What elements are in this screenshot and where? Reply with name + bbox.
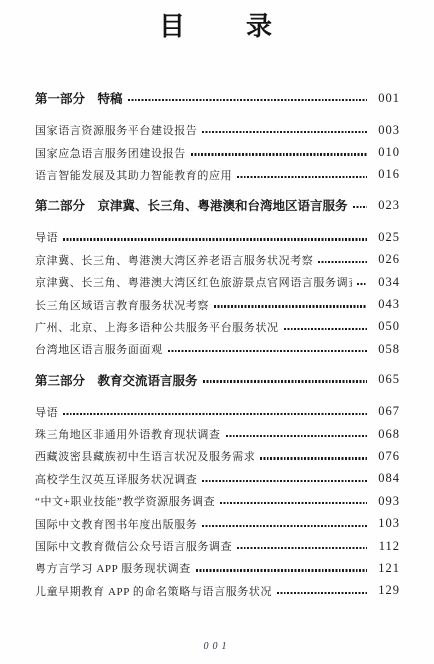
toc-entry-row[interactable]: 国际中文教育微信公众号语言服务调查 112 — [35, 535, 400, 557]
entry-page-number: 103 — [375, 516, 400, 531]
entry-page-number: 050 — [375, 319, 400, 334]
toc-entry-row[interactable]: 导语 067 — [35, 401, 400, 423]
entry-title: 长三角区域语言教育服务状况考察 — [35, 297, 209, 313]
toc-entry-row[interactable]: 国际中文教育图书年度出版服务 103 — [35, 512, 400, 534]
entry-title: 国际中文教育微信公众号语言服务调查 — [35, 538, 232, 554]
entry-page-number: 058 — [375, 342, 400, 357]
entry-title: 西藏波密县藏族初中生语言状况及服务需求 — [35, 448, 255, 464]
page-folio-number: 001 — [0, 641, 434, 652]
toc-page: 目 录 第一部分 特稿 001 国家语言资源服务平台建设报告 003 国家应急语… — [0, 0, 434, 664]
toc-section: 第一部分 特稿 001 国家语言资源服务平台建设报告 003 国家应急语言服务团… — [35, 88, 400, 186]
entry-title: “中文+职业技能”教学资源服务调查 — [35, 493, 215, 509]
section-header-row[interactable]: 第二部分 京津冀、长三角、粤港澳和台湾地区语言服务 023 — [35, 195, 400, 215]
toc-entry-row[interactable]: 西藏波密县藏族初中生语言状况及服务需求 076 — [35, 445, 400, 467]
dot-leader — [318, 261, 367, 263]
entry-title: 珠三角地区非通用外语教育现状调查 — [35, 426, 221, 442]
section-page-number: 065 — [375, 372, 400, 387]
toc-entry-row[interactable]: 京津冀、长三角、粤港澳大湾区养老语言服务状况考察 026 — [35, 249, 400, 271]
dot-leader — [353, 206, 367, 208]
section-page-number: 001 — [375, 91, 400, 106]
page-title: 目 录 — [0, 0, 434, 43]
entry-page-number: 076 — [375, 449, 400, 464]
dot-leader — [220, 502, 367, 504]
toc-entry-row[interactable]: 国家应急语言服务团建设报告 010 — [35, 141, 400, 163]
dot-leader — [203, 380, 367, 382]
dot-leader — [191, 153, 367, 155]
dot-leader — [63, 413, 367, 415]
section-entries: 导语 025 京津冀、长三角、粤港澳大湾区养老语言服务状况考察 026 京津冀、… — [35, 226, 400, 360]
dot-leader — [202, 480, 367, 482]
dot-leader — [357, 283, 367, 285]
toc-entry-row[interactable]: 国家语言资源服务平台建设报告 003 — [35, 119, 400, 141]
entry-title: 国家应急语言服务团建设报告 — [35, 145, 186, 161]
toc-entry-row[interactable]: 广州、北京、上海多语种公共服务平台服务状况 050 — [35, 316, 400, 338]
entry-page-number: 026 — [375, 252, 400, 267]
toc-entry-row[interactable]: 语言智能发展及其助力智能教育的应用 016 — [35, 164, 400, 186]
entry-page-number: 068 — [375, 427, 400, 442]
dot-leader — [128, 99, 367, 101]
entry-page-number: 016 — [375, 167, 400, 182]
entry-title: 粤方言学习 APP 服务现状调查 — [35, 560, 191, 576]
entry-page-number: 084 — [375, 471, 400, 486]
toc-entry-row[interactable]: “中文+职业技能”教学资源服务调查 093 — [35, 490, 400, 512]
toc-entry-row[interactable]: 台湾地区语言服务面面观 058 — [35, 338, 400, 360]
entry-page-number: 003 — [375, 123, 400, 138]
section-header-row[interactable]: 第一部分 特稿 001 — [35, 88, 400, 108]
dot-leader — [168, 350, 367, 352]
entry-title: 国家语言资源服务平台建设报告 — [35, 122, 197, 138]
dot-leader — [237, 176, 367, 178]
entry-title: 导语 — [35, 229, 58, 245]
dot-leader — [237, 547, 367, 549]
section-page-number: 023 — [375, 198, 400, 213]
entry-page-number: 034 — [375, 275, 400, 290]
dot-leader — [202, 131, 367, 133]
dot-leader — [226, 435, 367, 437]
toc-entry-row[interactable]: 珠三角地区非通用外语教育现状调查 068 — [35, 423, 400, 445]
entry-page-number: 043 — [375, 297, 400, 312]
toc-entry-row[interactable]: 导语 025 — [35, 226, 400, 248]
section-entries: 导语 067 珠三角地区非通用外语教育现状调查 068 西藏波密县藏族初中生语言… — [35, 401, 400, 603]
section-title: 第三部分 教育交流语言服务 — [35, 371, 198, 389]
section-entries: 国家语言资源服务平台建设报告 003 国家应急语言服务团建设报告 010 语言智… — [35, 119, 400, 186]
toc-entry-row[interactable]: 粤方言学习 APP 服务现状调查 121 — [35, 557, 400, 579]
entry-page-number: 093 — [375, 494, 400, 509]
entry-page-number: 010 — [375, 145, 400, 160]
toc-section: 第二部分 京津冀、长三角、粤港澳和台湾地区语言服务 023 导语 025 京津冀… — [35, 195, 400, 360]
entry-title: 导语 — [35, 404, 58, 420]
entry-title: 台湾地区语言服务面面观 — [35, 341, 163, 357]
dot-leader — [214, 305, 367, 307]
dot-leader — [260, 457, 367, 459]
dot-leader — [284, 328, 367, 330]
entry-title: 语言智能发展及其助力智能教育的应用 — [35, 167, 232, 183]
section-header-row[interactable]: 第三部分 教育交流语言服务 065 — [35, 370, 400, 390]
dot-leader — [196, 569, 367, 571]
section-title: 第二部分 京津冀、长三角、粤港澳和台湾地区语言服务 — [35, 196, 348, 214]
toc-section: 第三部分 教育交流语言服务 065 导语 067 珠三角地区非通用外语教育现状调… — [35, 370, 400, 603]
dot-leader — [63, 238, 367, 240]
toc-entry-row[interactable]: 高校学生汉英互译服务状况调查 084 — [35, 468, 400, 490]
entry-title: 广州、北京、上海多语种公共服务平台服务状况 — [35, 319, 279, 335]
section-title: 第一部分 特稿 — [35, 89, 123, 107]
entry-title: 京津冀、长三角、粤港澳大湾区红色旅游景点官网语言服务调查 — [35, 274, 352, 290]
entry-page-number: 067 — [375, 404, 400, 419]
entry-title: 国际中文教育图书年度出版服务 — [35, 516, 197, 532]
entry-title: 高校学生汉英互译服务状况调查 — [35, 471, 197, 487]
dot-leader — [202, 525, 367, 527]
toc-entry-row[interactable]: 京津冀、长三角、粤港澳大湾区红色旅游景点官网语言服务调查 034 — [35, 271, 400, 293]
entry-page-number: 025 — [375, 230, 400, 245]
toc-list: 第一部分 特稿 001 国家语言资源服务平台建设报告 003 国家应急语言服务团… — [35, 88, 400, 602]
entry-title: 京津冀、长三角、粤港澳大湾区养老语言服务状况考察 — [35, 252, 313, 268]
entry-page-number: 121 — [375, 561, 400, 576]
toc-entry-row[interactable]: 长三角区域语言教育服务状况考察 043 — [35, 293, 400, 315]
entry-title: 儿童早期教育 APP 的命名策略与语言服务状况 — [35, 583, 272, 599]
entry-page-number: 112 — [375, 539, 400, 554]
dot-leader — [277, 592, 367, 594]
toc-entry-row[interactable]: 儿童早期教育 APP 的命名策略与语言服务状况 129 — [35, 580, 400, 602]
entry-page-number: 129 — [375, 583, 400, 598]
